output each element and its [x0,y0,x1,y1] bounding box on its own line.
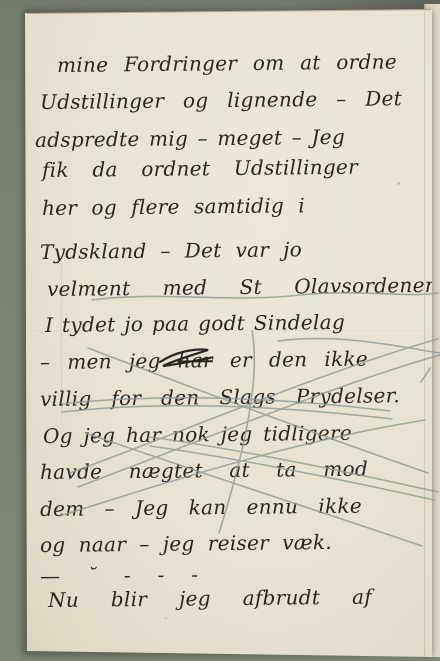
manuscript-line: villig for den Slags Prydelser. [40,382,400,412]
manuscript-line: og naar – jeg reiser væk. [40,529,332,558]
manuscript-line: her og flere samtidig i [42,192,305,221]
manuscript-line: havde nægtet at ta mod [40,456,368,485]
foxing-speck [397,182,400,185]
right-edge-crease [424,11,425,657]
manuscript-line: fik da ordnet Udstillinger [42,154,358,183]
manuscript-line: velment med St Olavsordenen [47,272,438,302]
manuscript-line: Nu blir jeg afbrudt af [48,584,372,613]
letter-sheet: mine Fordringer om at ordne Udstillinger… [25,7,432,657]
manuscript-line: Og jeg har nok jeg tidligere [43,420,352,449]
manuscript-line: mine Fordringer om at ordne [57,48,397,78]
manuscript-line: dem – Jeg kan ennu ikke [40,493,362,522]
foxing-speck [165,617,167,619]
line-text: er den ikke [213,347,368,373]
ink-struck-word: har [178,348,214,372]
manuscript-line: I tydet jo paa godt Sindelag [45,309,345,338]
manuscript-line-with-strikeout: – men jeg har er den ikke [40,346,368,375]
line-text: – men jeg [40,349,178,374]
manuscript-line: adspredte mig – meget – Jeg [35,124,345,153]
manuscript-line: Udstillinger og lignende – Det [40,85,402,115]
photo-of-manuscript: { "document": { "kind": "handwritten-let… [0,0,440,661]
manuscript-line: Tydskland – Det var jo [40,236,302,265]
